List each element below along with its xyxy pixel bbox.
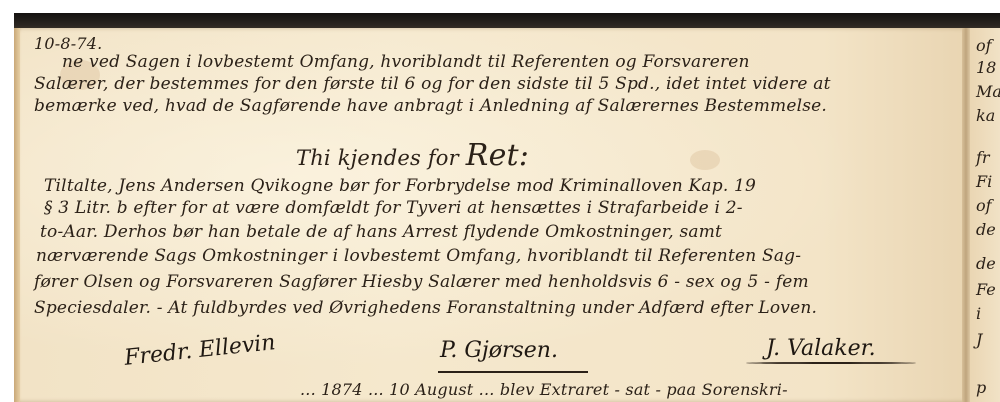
signature-2: P. Gjørsen.: [440, 338, 558, 363]
paper-stain: [690, 150, 720, 170]
margin-text: i: [976, 304, 981, 323]
entry-date: 10-8-74.: [34, 34, 102, 53]
margin-text: Fe: [976, 280, 996, 299]
margin-text: J: [976, 330, 982, 349]
next-entry-line: ... 1874 ... 10 August ... blev Extraret…: [300, 380, 788, 399]
verdict-heading: Thi kjendes for Ret:: [296, 138, 529, 173]
signature-3: J. Valaker.: [766, 336, 876, 361]
margin-text: fr: [976, 148, 990, 167]
verdict-line-5: fører Olsen og Forsvareren Sagfører Hies…: [34, 272, 809, 292]
margin-text: 18: [976, 58, 996, 77]
margin-text: of: [976, 36, 992, 55]
margin-text: of: [976, 196, 992, 215]
margin-text: ka: [976, 106, 995, 125]
verdict-line-6: Speciesdaler. - At fuldbyrdes ved Øvrigh…: [34, 298, 817, 318]
verdict-line-3: to-Aar. Derhos bør han betale de af hans…: [40, 222, 722, 242]
margin-text: de: [976, 220, 996, 239]
signature-3-flourish: [746, 362, 916, 364]
text-line-2: Salærer, der bestemmes for den første ti…: [34, 74, 831, 94]
verdict-heading-prefix: Thi kjendes for: [296, 146, 459, 170]
margin-text: de: [976, 254, 996, 273]
verdict-heading-word: Ret:: [466, 138, 529, 173]
signature-2-underline: [438, 371, 588, 373]
verdict-line-4: nærværende Sags Omkostninger i lovbestem…: [36, 246, 801, 266]
margin-text: Ma: [976, 82, 1000, 101]
book-gutter: [962, 28, 970, 402]
verdict-line-2: § 3 Litr. b efter for at være domfældt f…: [44, 198, 743, 218]
page-left-edge: [14, 28, 20, 402]
margin-text: p: [976, 378, 986, 397]
text-line-3: bemærke ved, hvad de Sagførende have anb…: [34, 96, 827, 116]
margin-text: Fi: [976, 172, 992, 191]
text-line-1: ne ved Sagen i lovbestemt Omfang, hvorib…: [62, 52, 750, 72]
verdict-line-1: Tiltalte, Jens Andersen Qvikogne bør for…: [44, 176, 756, 196]
